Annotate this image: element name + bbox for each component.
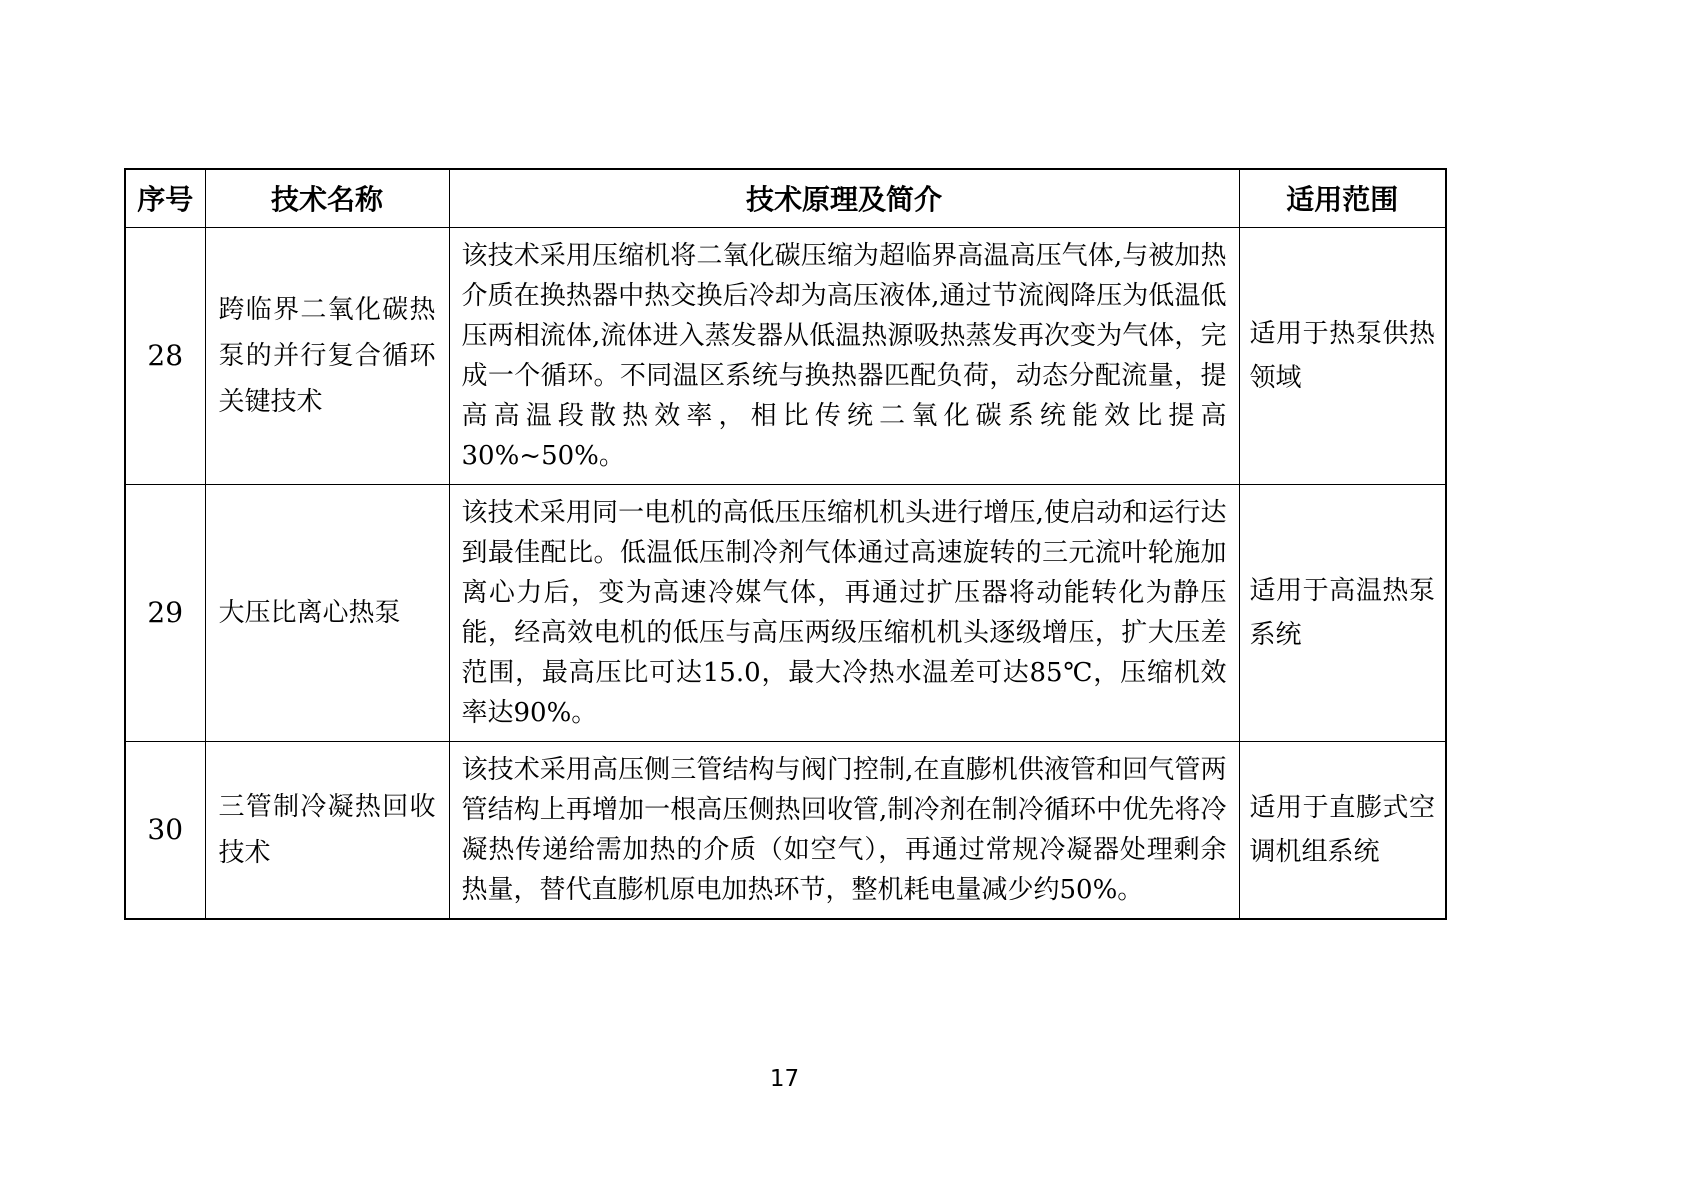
header-technology-name: 技术名称 bbox=[205, 169, 449, 227]
document-page: 序号 技术名称 技术原理及简介 适用范围 28 跨临界二氧化碳热泵的并行复合循环… bbox=[124, 168, 1447, 920]
technology-table: 序号 技术名称 技术原理及简介 适用范围 28 跨临界二氧化碳热泵的并行复合循环… bbox=[124, 168, 1447, 920]
cell-principle-intro: 该技术采用压缩机将二氧化碳压缩为超临界高温高压气体,与被加热介质在换热器中热交换… bbox=[449, 227, 1239, 484]
cell-technology-name: 跨临界二氧化碳热泵的并行复合循环关键技术 bbox=[205, 227, 449, 484]
table-header-row: 序号 技术名称 技术原理及简介 适用范围 bbox=[125, 169, 1446, 227]
table-row: 28 跨临界二氧化碳热泵的并行复合循环关键技术 该技术采用压缩机将二氧化碳压缩为… bbox=[125, 227, 1446, 484]
header-serial-number: 序号 bbox=[125, 169, 205, 227]
cell-application-scope: 适用于直膨式空调机组系统 bbox=[1239, 741, 1446, 919]
page-number: 17 bbox=[124, 1066, 1445, 1092]
cell-technology-name: 三管制冷凝热回收技术 bbox=[205, 741, 449, 919]
cell-application-scope: 适用于高温热泵系统 bbox=[1239, 484, 1446, 741]
cell-serial-number: 29 bbox=[125, 484, 205, 741]
table-row: 29 大压比离心热泵 该技术采用同一电机的高低压压缩机机头进行增压,使启动和运行… bbox=[125, 484, 1446, 741]
header-application-scope: 适用范围 bbox=[1239, 169, 1446, 227]
cell-serial-number: 28 bbox=[125, 227, 205, 484]
cell-serial-number: 30 bbox=[125, 741, 205, 919]
cell-technology-name: 大压比离心热泵 bbox=[205, 484, 449, 741]
table-row: 30 三管制冷凝热回收技术 该技术采用高压侧三管结构与阀门控制,在直膨机供液管和… bbox=[125, 741, 1446, 919]
cell-principle-intro: 该技术采用高压侧三管结构与阀门控制,在直膨机供液管和回气管两管结构上再增加一根高… bbox=[449, 741, 1239, 919]
header-principle-intro: 技术原理及简介 bbox=[449, 169, 1239, 227]
cell-application-scope: 适用于热泵供热领域 bbox=[1239, 227, 1446, 484]
cell-principle-intro: 该技术采用同一电机的高低压压缩机机头进行增压,使启动和运行达到最佳配比。低温低压… bbox=[449, 484, 1239, 741]
